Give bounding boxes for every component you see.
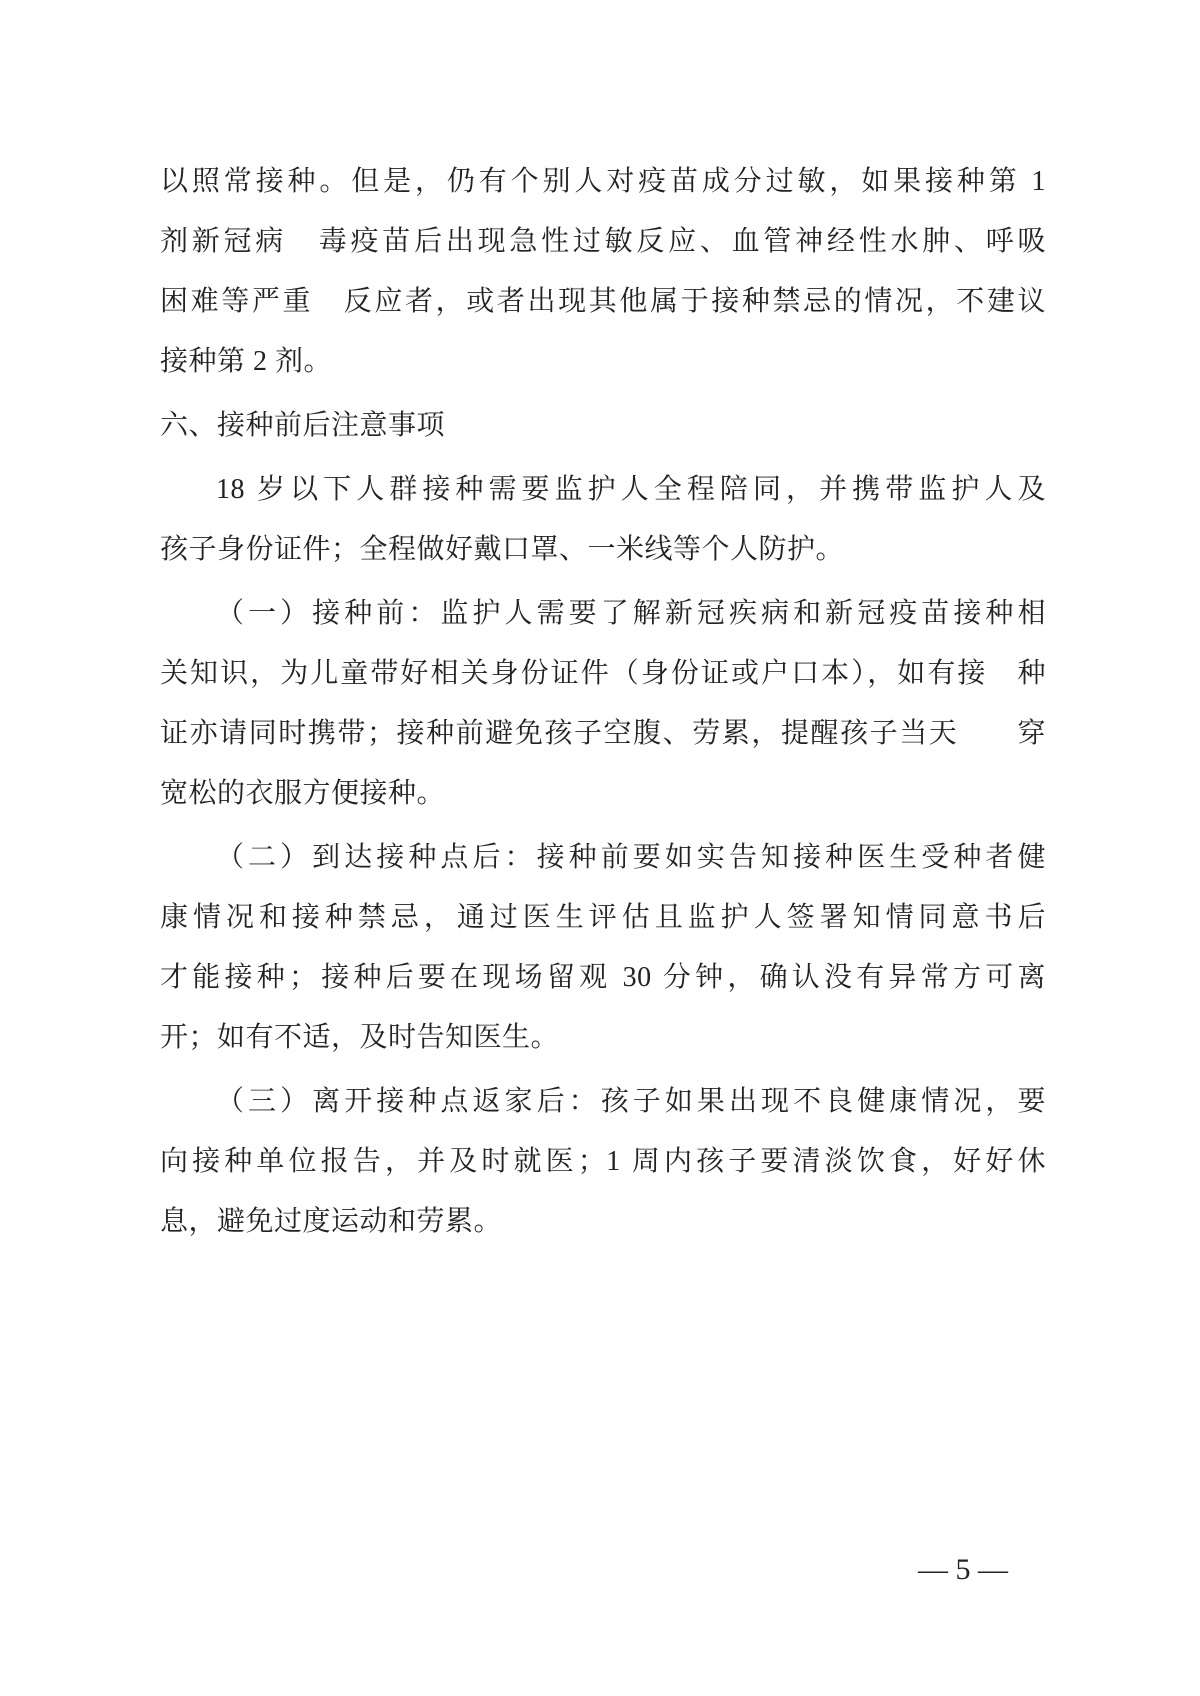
page-footer: — 5 —: [918, 1550, 1008, 1590]
text-line: 剂新冠病 毒疫苗后出现急性过敏反应、血管神经性水肿、呼吸: [160, 212, 1046, 272]
text-line: 孩子身份证件；全程做好戴口罩、一米线等个人防护。: [160, 520, 1046, 580]
paragraph: 18 岁以下人群接种需要监护人全程陪同，并携带监护人及 孩子身份证件；全程做好戴…: [160, 460, 1046, 580]
text-line: 18 岁以下人群接种需要监护人全程陪同，并携带监护人及: [160, 460, 1046, 520]
section-heading: 六、接种前后注意事项: [160, 396, 1046, 456]
text-line: 才能接种；接种后要在现场留观 30 分钟，确认没有异常方可离: [160, 948, 1046, 1008]
document-body: 以照常接种。但是，仍有个别人对疫苗成分过敏，如果接种第 1 剂新冠病 毒疫苗后出…: [160, 152, 1046, 1256]
paragraph: （三）离开接种点返家后：孩子如果出现不良健康情况，要 向接种单位报告，并及时就医…: [160, 1072, 1046, 1252]
text-line: 宽松的衣服方便接种。: [160, 764, 1046, 824]
paragraph: （一）接种前：监护人需要了解新冠疾病和新冠疫苗接种相 关知识，为儿童带好相关身份…: [160, 584, 1046, 824]
text-line: 证亦请同时携带；接种前避免孩子空腹、劳累，提醒孩子当天 穿: [160, 704, 1046, 764]
text-line: 开；如有不适，及时告知医生。: [160, 1008, 1046, 1068]
text-line: 关知识，为儿童带好相关身份证件（身份证或户口本），如有接 种: [160, 644, 1046, 704]
text-line: 以照常接种。但是，仍有个别人对疫苗成分过敏，如果接种第 1: [160, 152, 1046, 212]
text-line: 接种第 2 剂。: [160, 332, 1046, 392]
text-line: （二）到达接种点后：接种前要如实告知接种医生受种者健: [160, 828, 1046, 888]
paragraph: （二）到达接种点后：接种前要如实告知接种医生受种者健 康情况和接种禁忌，通过医生…: [160, 828, 1046, 1068]
page-number: — 5 —: [918, 1553, 1008, 1586]
text-line: 康情况和接种禁忌，通过医生评估且监护人签署知情同意书后: [160, 888, 1046, 948]
text-line: 向接种单位报告，并及时就医；1 周内孩子要清淡饮食，好好休: [160, 1132, 1046, 1192]
paragraph-continued: 以照常接种。但是，仍有个别人对疫苗成分过敏，如果接种第 1 剂新冠病 毒疫苗后出…: [160, 152, 1046, 392]
text-line: 困难等严重 反应者，或者出现其他属于接种禁忌的情况，不建议: [160, 272, 1046, 332]
text-line: （三）离开接种点返家后：孩子如果出现不良健康情况，要: [160, 1072, 1046, 1132]
section-heading-text: 六、接种前后注意事项: [160, 396, 1046, 456]
text-line: 息，避免过度运动和劳累。: [160, 1192, 1046, 1252]
text-line: （一）接种前：监护人需要了解新冠疾病和新冠疫苗接种相: [160, 584, 1046, 644]
